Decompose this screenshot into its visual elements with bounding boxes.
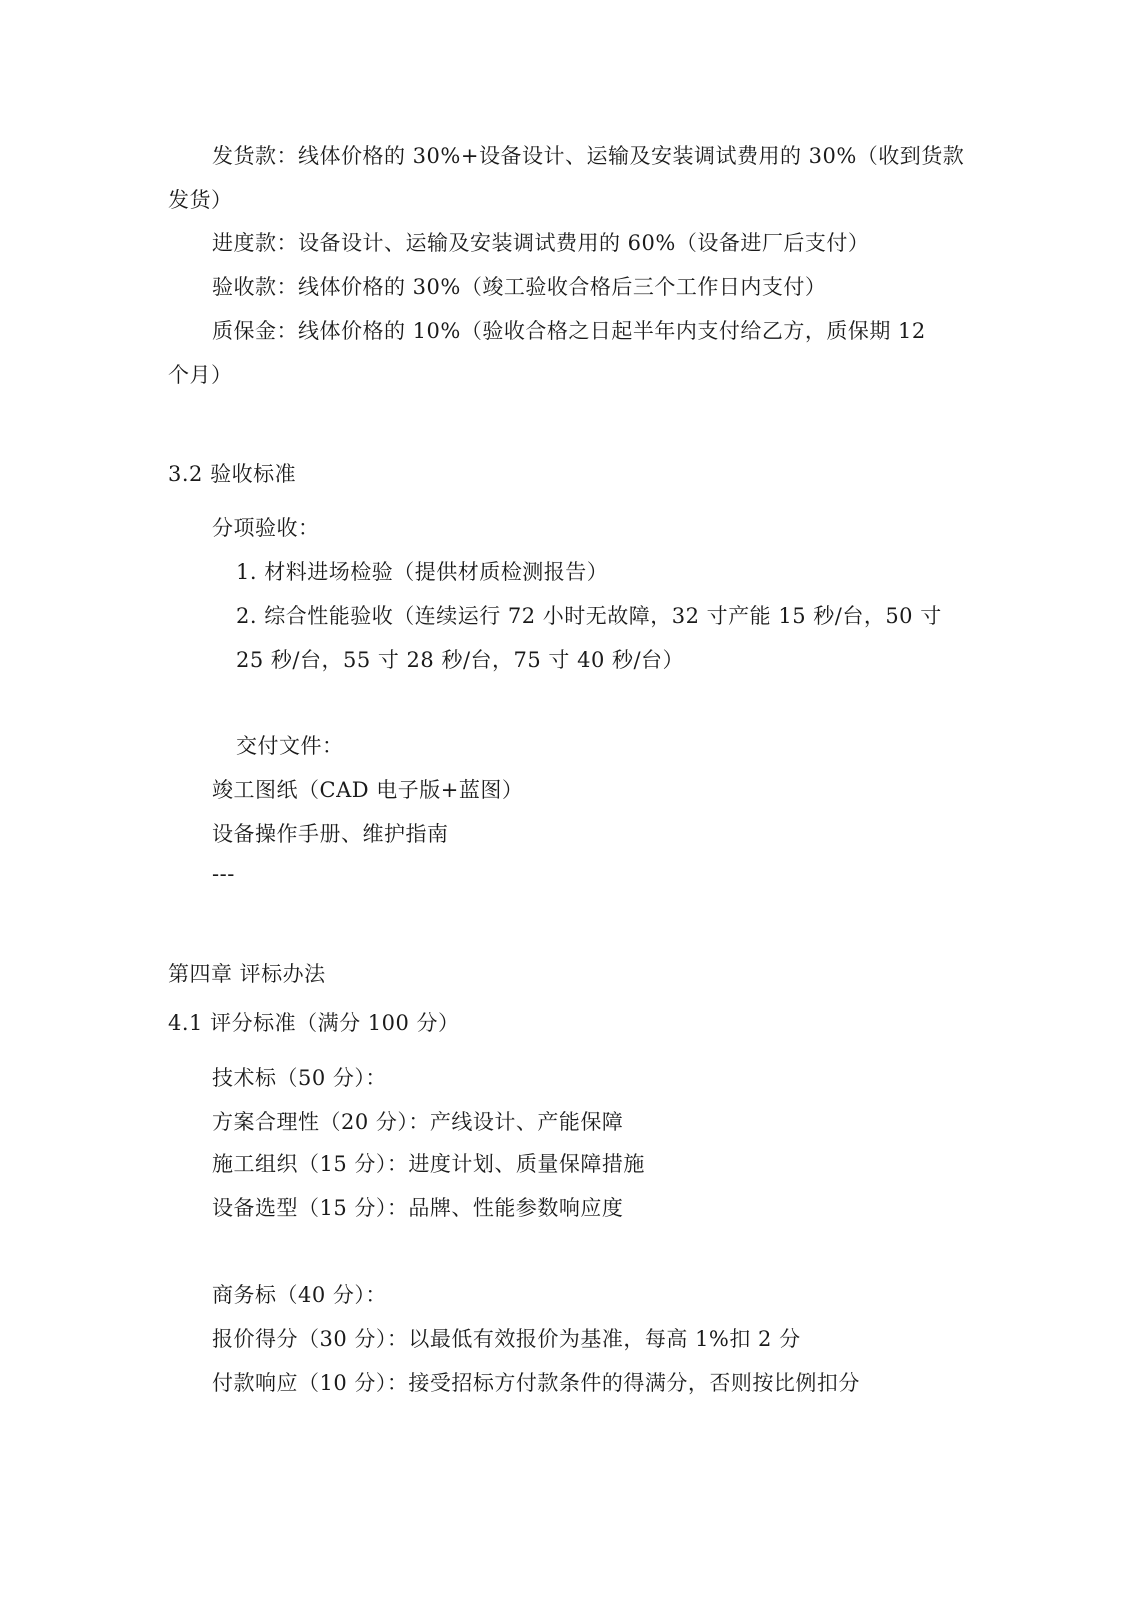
section-4-1-title: 4.1 评分标准（满分 100 分） (168, 1009, 460, 1037)
separator: --- (212, 860, 235, 888)
commercial-item-2: 付款响应（10 分）：接受招标方付款条件的得满分，否则按比例扣分 (212, 1369, 860, 1397)
payment-retention-line1: 质保金：线体价格的 10%（验收合格之日起半年内支付给乙方，质保期 12 (212, 317, 926, 345)
deliverable-item-2: 设备操作手册、维护指南 (212, 820, 449, 848)
payment-acceptance: 验收款：线体价格的 30%（竣工验收合格后三个工作日内支付） (212, 273, 826, 301)
payment-progress: 进度款：设备设计、运输及安装调试费用的 60%（设备进厂后支付） (212, 229, 869, 257)
commercial-label: 商务标（40 分）： (212, 1281, 387, 1309)
section-3-2-title: 3.2 验收标准 (168, 460, 296, 488)
acceptance-item-2-line1: 2. 综合性能验收（连续运行 72 小时无故障，32 寸产能 15 秒/台，50… (236, 602, 942, 630)
technical-item-2: 施工组织（15 分）：进度计划、质量保障措施 (212, 1150, 645, 1178)
commercial-item-1: 报价得分（30 分）：以最低有效报价为基准，每高 1%扣 2 分 (212, 1325, 801, 1353)
chapter-4-title: 第四章 评标办法 (168, 960, 326, 988)
acceptance-item-2-line2: 25 秒/台，55 寸 28 秒/台，75 寸 40 秒/台） (236, 646, 684, 674)
acceptance-item-1: 1. 材料进场检验（提供材质检测报告） (236, 558, 608, 586)
technical-item-3: 设备选型（15 分）：品牌、性能参数响应度 (212, 1194, 623, 1222)
payment-retention-line2: 个月） (168, 361, 233, 389)
deliverable-item-1: 竣工图纸（CAD 电子版+蓝图） (212, 776, 523, 804)
payment-shipment-line1: 发货款：线体价格的 30%+设备设计、运输及安装调试费用的 30%（收到货款 (212, 142, 964, 170)
payment-shipment-line2: 发货） (168, 186, 233, 214)
technical-label: 技术标（50 分）： (212, 1064, 387, 1092)
sub-acceptance-label: 分项验收： (212, 514, 320, 542)
deliverables-label: 交付文件： (236, 732, 344, 760)
technical-item-1: 方案合理性（20 分）：产线设计、产能保障 (212, 1108, 623, 1136)
